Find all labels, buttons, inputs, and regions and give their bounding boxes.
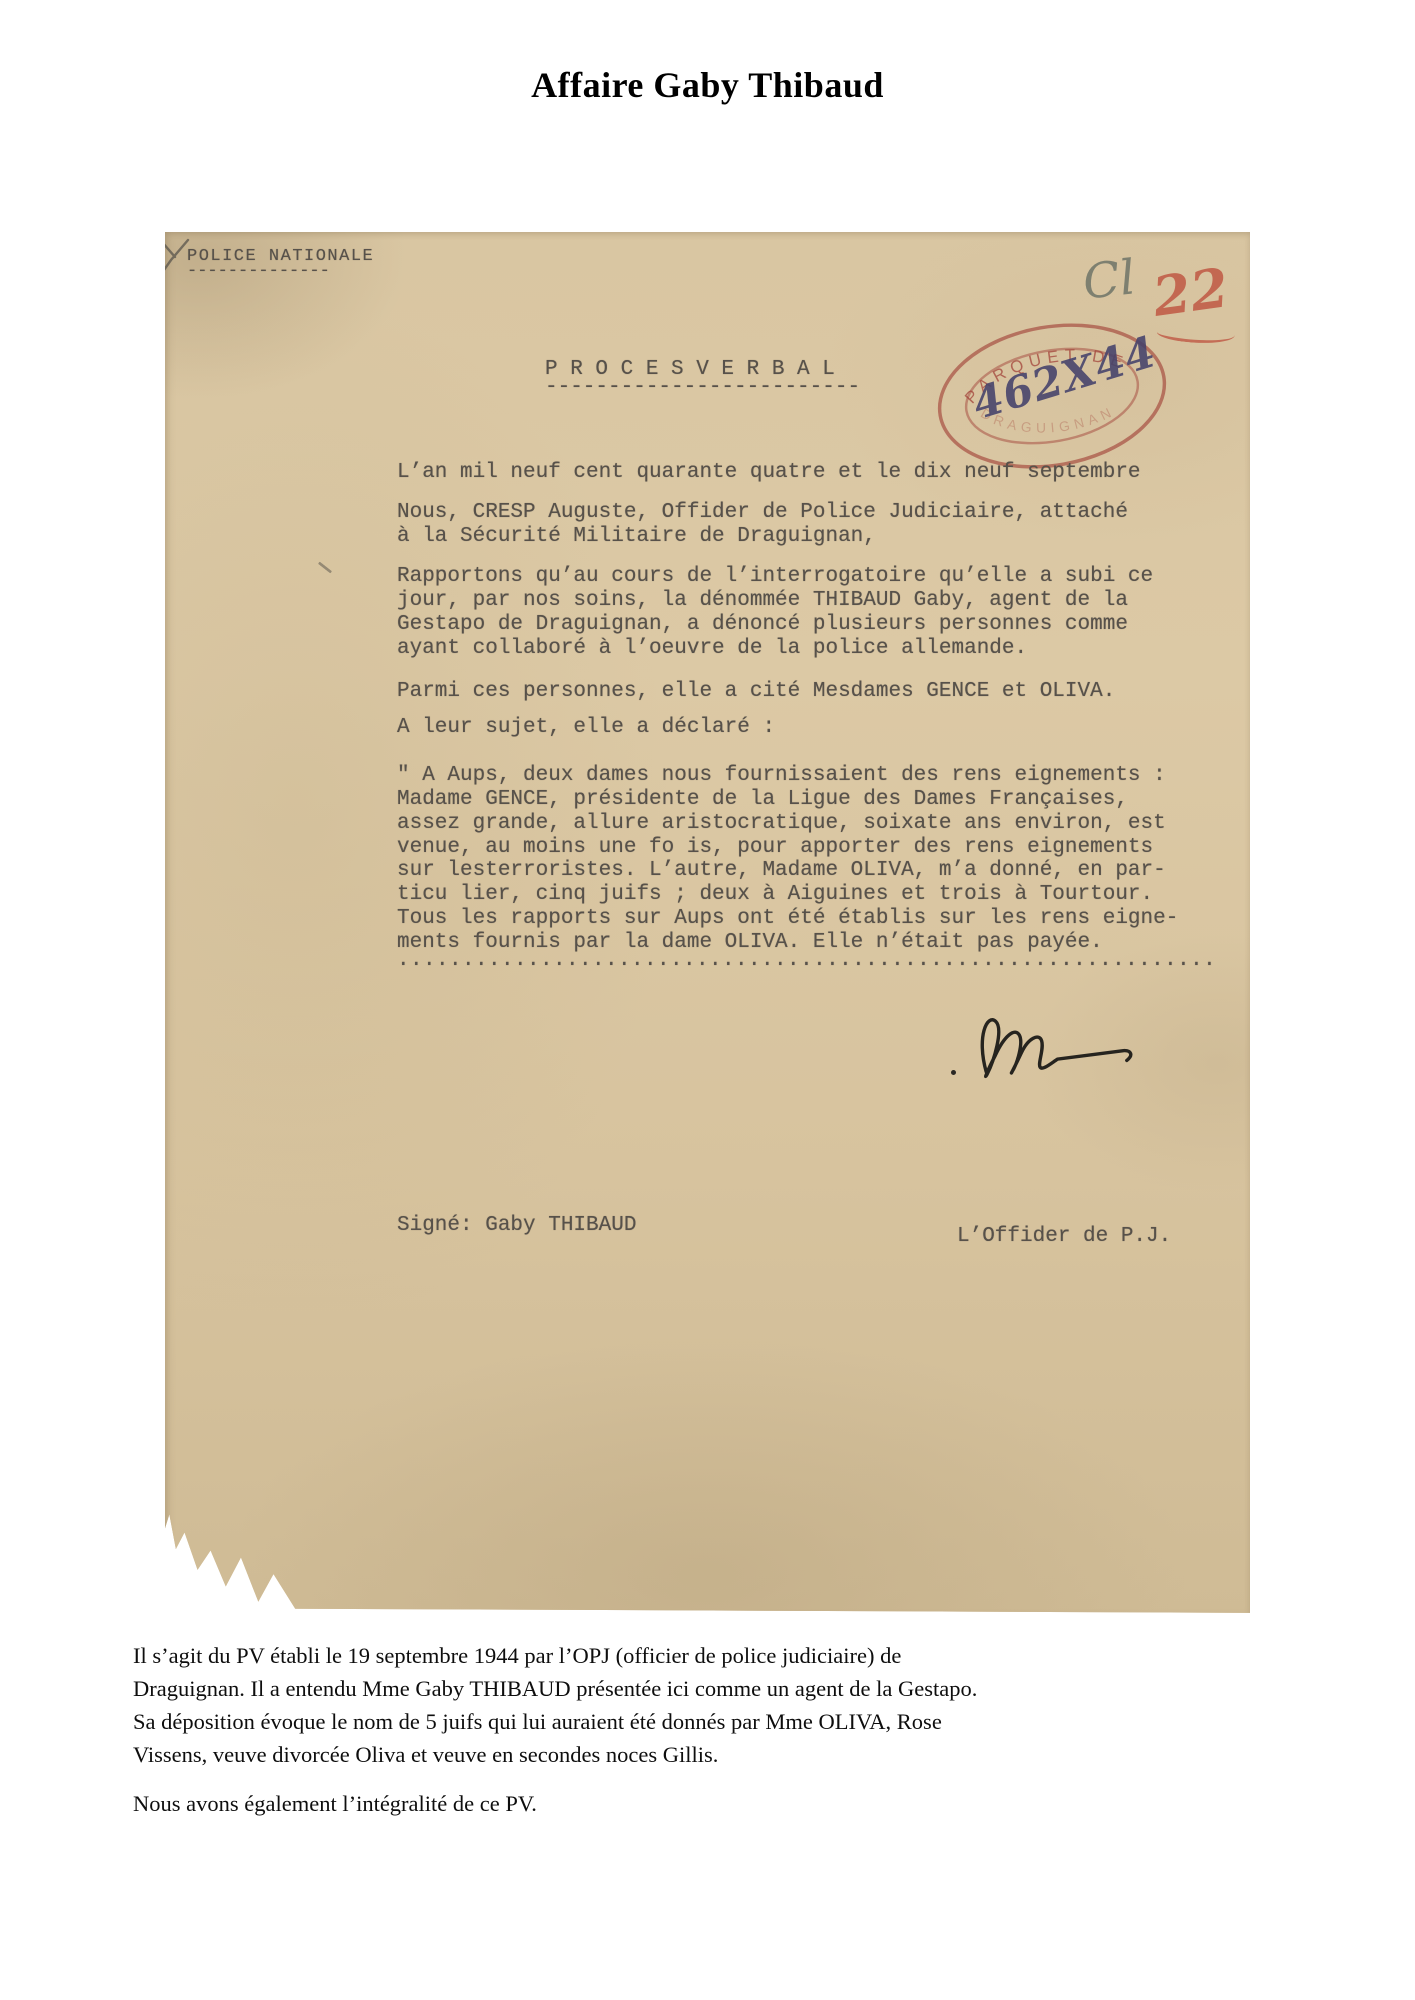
text-line: Draguignan. Il a entendu Mme Gaby THIBAU… — [133, 1672, 1313, 1705]
page-title: Affaire Gaby Thibaud — [0, 64, 1415, 106]
officer-label: L’Offider de P.J. — [957, 1225, 1171, 1249]
officer-signature-icon — [971, 1002, 1147, 1092]
agency-header: POLICE NATIONALE -------------- — [187, 247, 374, 281]
text-line: ........................................… — [397, 949, 1227, 973]
signature-row: Signé: Gaby THIBAUD L’Offider de P.J. — [397, 1214, 1227, 1274]
text-line: Madame GENCE, présidente de la Ligue des… — [397, 788, 1227, 812]
paragraph: A leur sujet, elle a déclaré : — [397, 716, 1227, 740]
caption: Il s’agit du PV établi le 19 septembre 1… — [133, 1639, 1313, 1836]
proces-verbal-heading: P R O C E S V E R B A L ----------------… — [545, 358, 860, 399]
text-line: Nous avons également l’intégralité de ce… — [133, 1787, 1313, 1820]
handwritten-number-22: 22 — [1149, 255, 1232, 329]
handwritten-cl-mark: Cl — [1080, 249, 1138, 310]
heading-underline: ------------------------- — [545, 376, 860, 399]
text-line: A leur sujet, elle a déclaré : — [397, 716, 1227, 740]
typewriter-body: L’an mil neuf cent quarante quatre et le… — [397, 461, 1227, 977]
text-line: à la Sécurité Militaire de Draguignan, — [397, 525, 1227, 549]
text-line: venue, au moins une fo is, pour apporter… — [397, 836, 1227, 860]
paragraph: Nous, CRESP Auguste, Offider de Police J… — [397, 501, 1227, 549]
text-line: ticu lier, cinq juifs ; deux à Aiguines … — [397, 883, 1227, 907]
number-22-underline — [1156, 320, 1236, 347]
text-line: Nous, CRESP Auguste, Offider de Police J… — [397, 501, 1227, 525]
text-line: L’an mil neuf cent quarante quatre et le… — [397, 461, 1227, 485]
text-line: Parmi ces personnes, elle a cité Mesdame… — [397, 680, 1227, 704]
text-line: Vissens, veuve divorcée Oliva et veuve e… — [133, 1738, 1313, 1771]
signed-by-label: Signé: Gaby THIBAUD — [397, 1214, 636, 1238]
paragraph: Il s’agit du PV établi le 19 septembre 1… — [133, 1639, 1313, 1771]
pencil-tick-mark — [318, 561, 332, 573]
paragraph: ........................................… — [397, 949, 1227, 973]
text-line: ayant collaboré à l’oeuvre de la police … — [397, 637, 1227, 661]
text-line: " A Aups, deux dames nous fournissaient … — [397, 764, 1227, 788]
text-line: Rapportons qu’au cours de l’interrogatoi… — [397, 565, 1227, 589]
text-line: jour, par nos soins, la dénommée THIBAUD… — [397, 589, 1227, 613]
text-line: Gestapo de Draguignan, a dénoncé plusieu… — [397, 613, 1227, 637]
text-line: Tous les rapports sur Aups ont été établ… — [397, 907, 1227, 931]
text-line: assez grande, allure aristocratique, soi… — [397, 812, 1227, 836]
ink-dot — [951, 1070, 956, 1075]
paragraph: Parmi ces personnes, elle a cité Mesdame… — [397, 680, 1227, 704]
paragraph: Nous avons également l’intégralité de ce… — [133, 1787, 1313, 1820]
paragraph: Rapportons qu’au cours de l’interrogatoi… — [397, 565, 1227, 660]
paragraph: " A Aups, deux dames nous fournissaient … — [397, 764, 1227, 954]
paragraph: L’an mil neuf cent quarante quatre et le… — [397, 461, 1227, 485]
scanned-paper: POLICE NATIONALE -------------- P R O C … — [165, 232, 1250, 1617]
text-line: sur lesterroristes. L’autre, Madame OLIV… — [397, 859, 1227, 883]
text-line: Sa déposition évoque le nom de 5 juifs q… — [133, 1705, 1313, 1738]
document-scan: POLICE NATIONALE -------------- P R O C … — [165, 232, 1250, 1617]
text-line: Il s’agit du PV établi le 19 septembre 1… — [133, 1639, 1313, 1672]
